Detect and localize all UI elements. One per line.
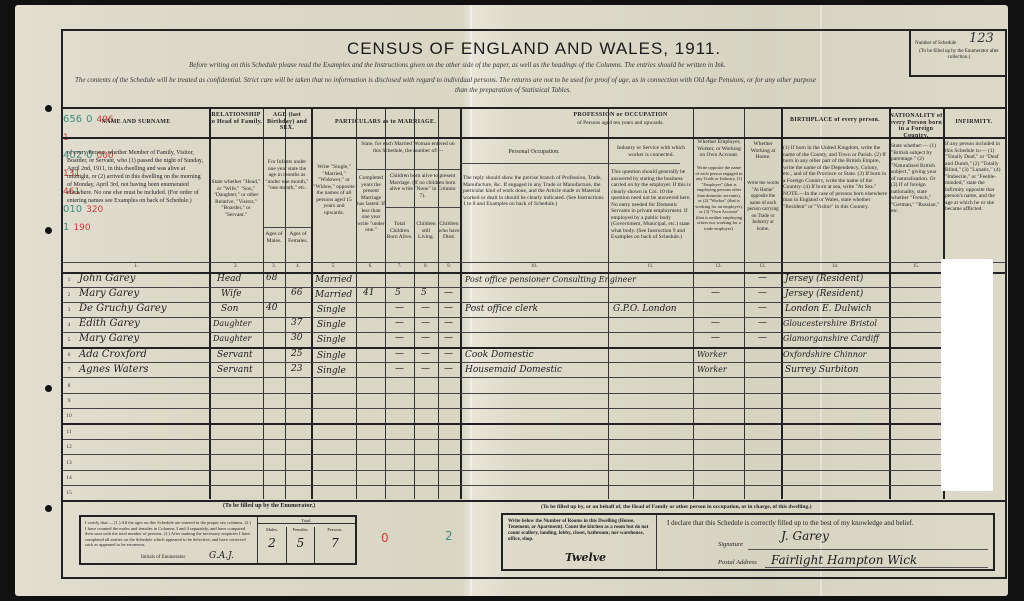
schedule-number: 123 xyxy=(969,31,994,46)
occupation-code: 1 xyxy=(63,222,69,233)
age-female: 23 xyxy=(291,364,302,374)
header-name: NAME AND SURNAME xyxy=(63,119,209,126)
rooms-count: Twelve xyxy=(565,555,606,561)
relationship: Daughter xyxy=(213,319,251,328)
birthplace: Surrey Surbiton xyxy=(785,365,859,375)
relationship: Wife xyxy=(221,289,242,299)
marital-status: Single xyxy=(317,366,346,376)
header-industry: Industry or Service with which worker is… xyxy=(609,145,693,158)
schedule-number-box: Number of Schedule 123 (To be filled up … xyxy=(909,31,1005,77)
header-total-children: Total Children Born Alive. xyxy=(385,221,414,241)
years-married: 41 xyxy=(363,288,374,298)
head-declaration-box: Write below the Number of Rooms in this … xyxy=(501,513,995,571)
header-nationality-desc: State whether:— (1) "British subject by … xyxy=(891,143,941,215)
header-employer-desc: Write opposite the name of each person e… xyxy=(695,165,743,231)
relationship: Daughter xyxy=(213,334,251,343)
head-section-title: (To be filled up by, or on behalf of, th… xyxy=(541,504,811,510)
enumerator-certificate: I certify that:— (1.) All the ages on th… xyxy=(79,515,357,565)
header-occupation-subtitle: of Persons aged ten years and upwards. xyxy=(460,120,781,127)
schedule-frame: CENSUS OF ENGLAND AND WALES, 1911. Befor… xyxy=(61,29,1007,579)
relationship: Son xyxy=(221,304,238,314)
header-children-living: Children still Living. xyxy=(414,221,438,241)
header-relationship-desc: State whether "Head," or "Wife," "Son," … xyxy=(211,179,261,218)
marital-status: Married xyxy=(315,275,352,285)
red-check-mark: 0 xyxy=(381,531,389,545)
children-living: 5 xyxy=(421,288,427,298)
header-birthplace: BIRTHPLACE of every person. xyxy=(781,117,889,124)
age-male: 68 xyxy=(266,273,277,283)
enumerator-initials: G.A.J. xyxy=(209,551,234,561)
marital-status: Single xyxy=(317,305,346,315)
header-relationship: RELATIONSHIP to Head of Family. xyxy=(209,112,263,125)
header-infirmity: INFIRMITY. xyxy=(943,119,1005,126)
header-age-females: Ages of Females. xyxy=(285,231,311,244)
marital-status: Single xyxy=(317,335,346,345)
rooms-instruction: Write below the Number of Rooms in this … xyxy=(503,515,657,569)
green-check-mark: 2 xyxy=(445,529,453,543)
birthplace: Jersey (Resident) xyxy=(785,274,863,284)
enumerator-certify-text: I certify that:— (1.) All the ages on th… xyxy=(85,520,251,548)
birthplace-code: 190 xyxy=(73,223,90,233)
punch-hole xyxy=(45,505,52,512)
header-name-desc: of every Person, whether Member of Famil… xyxy=(67,149,207,205)
postal-address-label: Postal Address xyxy=(718,559,757,566)
person-name: Mary Garey xyxy=(79,333,139,344)
header-marriage-write: Write "Single," "Married," "Widower," or… xyxy=(313,164,355,216)
occupation: Post office pensioner Consulting Enginee… xyxy=(465,275,636,284)
person-name: Ada Croxford xyxy=(79,349,147,360)
header-nationality: NATIONALITY of every Person born in a Fo… xyxy=(889,113,943,139)
age-female: 66 xyxy=(291,288,302,298)
header-at-home: Whether Working at Home. xyxy=(745,141,781,161)
person-name: Agnes Waters xyxy=(79,364,149,375)
header-industry-desc: This question should generally be answer… xyxy=(611,169,691,241)
total-persons: Persons. 7 xyxy=(314,527,355,563)
person-name: John Garey xyxy=(79,273,135,284)
punch-hole xyxy=(45,105,52,112)
header-age: AGE (last Birthday) and SEX. xyxy=(263,112,311,132)
header-marriage: PARTICULARS as to MARRIAGE. xyxy=(311,119,460,126)
age-female: 25 xyxy=(291,349,302,359)
header-employer: Whether Employer, Worker, or Working on … xyxy=(694,139,744,159)
occupation-code: 010 xyxy=(63,204,82,215)
header-children-died: Children who have Died. xyxy=(438,221,460,241)
table-row: Mary Garey Wife 66 Married 41 5 5 — — — … xyxy=(63,127,1005,145)
relationship: Head xyxy=(217,274,241,284)
header-age-desc: For Infants under one year state the age… xyxy=(265,159,309,192)
occupation: Housemaid Domestic xyxy=(465,365,562,375)
industry: G.P.O. London xyxy=(613,304,677,314)
birthplace-code: 320 xyxy=(86,205,103,215)
birthplace: Gloucestershire Bristol xyxy=(783,319,877,328)
birthplace: Glamorganshire Cardiff xyxy=(783,334,879,343)
header-infirmity-desc: If any person included in this Schedule … xyxy=(945,141,1003,213)
schedule-number-note: (To be filled up by the Enumerator after… xyxy=(915,49,1003,61)
footer: (To be filled up by the Enumerator.) I c… xyxy=(63,501,1005,579)
header-occupation: PROFESSION or OCCUPATION xyxy=(460,112,781,119)
declaration-text: I declare that this Schedule is correctl… xyxy=(667,519,914,527)
enumerator-totals: Total. Males. 2 Females. 5 Persons. 7 xyxy=(257,517,355,563)
postal-address: Fairlight Hampton Wick xyxy=(771,553,917,567)
census-schedule-paper: CENSUS OF ENGLAND AND WALES, 1911. Befor… xyxy=(15,5,1008,596)
birthplace: Oxfordshire Chinnor xyxy=(783,350,867,359)
age-female: 37 xyxy=(291,318,302,328)
header-personal-occupation: Personal Occupation. xyxy=(460,149,608,156)
signature-label: Signature xyxy=(718,541,743,548)
age-male: 40 xyxy=(266,303,277,313)
signature: J. Garey xyxy=(781,529,829,543)
employer-status: Worker xyxy=(697,365,727,374)
header-at-home-desc: Write the words "At Home" opposite the n… xyxy=(746,181,780,233)
birthplace: London E. Dulwich xyxy=(785,304,872,314)
initials-label: Initials of Enumerator xyxy=(141,555,185,560)
marital-status: Married xyxy=(315,290,352,300)
instruction-line-3: than the preparation of Statistical Tabl… xyxy=(455,86,571,94)
relationship: Servant xyxy=(217,350,253,360)
header-years-married: Completed years the present Marriage has… xyxy=(357,175,385,234)
page-title: CENSUS OF ENGLAND AND WALES, 1911. xyxy=(63,39,1005,59)
relationship: Servant xyxy=(217,365,253,375)
person-name: De Gruchy Garey xyxy=(79,303,167,314)
marital-status: Single xyxy=(317,320,346,330)
header-personal-desc: The reply should show the precise branch… xyxy=(463,175,605,208)
instruction-line-2: The contents of the Schedule will be tre… xyxy=(75,76,816,84)
person-name: Edith Garey xyxy=(79,318,140,329)
birthplace: Jersey (Resident) xyxy=(785,289,863,299)
instruction-line-1: Before writing on this Schedule please r… xyxy=(189,61,726,69)
enumerator-section-title: (To be filled up by the Enumerator.) xyxy=(223,503,315,509)
punch-hole xyxy=(45,227,52,234)
children-died: — xyxy=(444,288,453,298)
occupation: Post office clerk xyxy=(465,304,538,314)
redaction-patch xyxy=(941,259,993,491)
total-males: Males. 2 xyxy=(258,527,286,563)
person-name: Mary Garey xyxy=(79,288,139,299)
marital-status: Single xyxy=(317,351,346,361)
header-married-woman: State, for each Married Woman entered on… xyxy=(357,141,459,154)
age-female: 30 xyxy=(291,333,302,343)
table-row: Agnes Waters Servant 23 Single — — — Hou… xyxy=(63,217,1005,235)
punch-hole xyxy=(45,385,52,392)
occupation: Cook Domestic xyxy=(465,350,534,360)
header-age-males: Ages of Males. xyxy=(263,231,285,244)
total-females: Females. 5 xyxy=(286,527,314,563)
schedule-number-label: Number of Schedule xyxy=(915,41,956,46)
header-children: Children born alive to present Marriage.… xyxy=(386,173,459,199)
children-total: 5 xyxy=(395,288,401,298)
header-birthplace-desc: (1) If born in the United Kingdom, write… xyxy=(783,145,887,210)
household-table: NAME AND SURNAME of every Person, whethe… xyxy=(63,107,1005,499)
employer-status: Worker xyxy=(697,350,727,359)
